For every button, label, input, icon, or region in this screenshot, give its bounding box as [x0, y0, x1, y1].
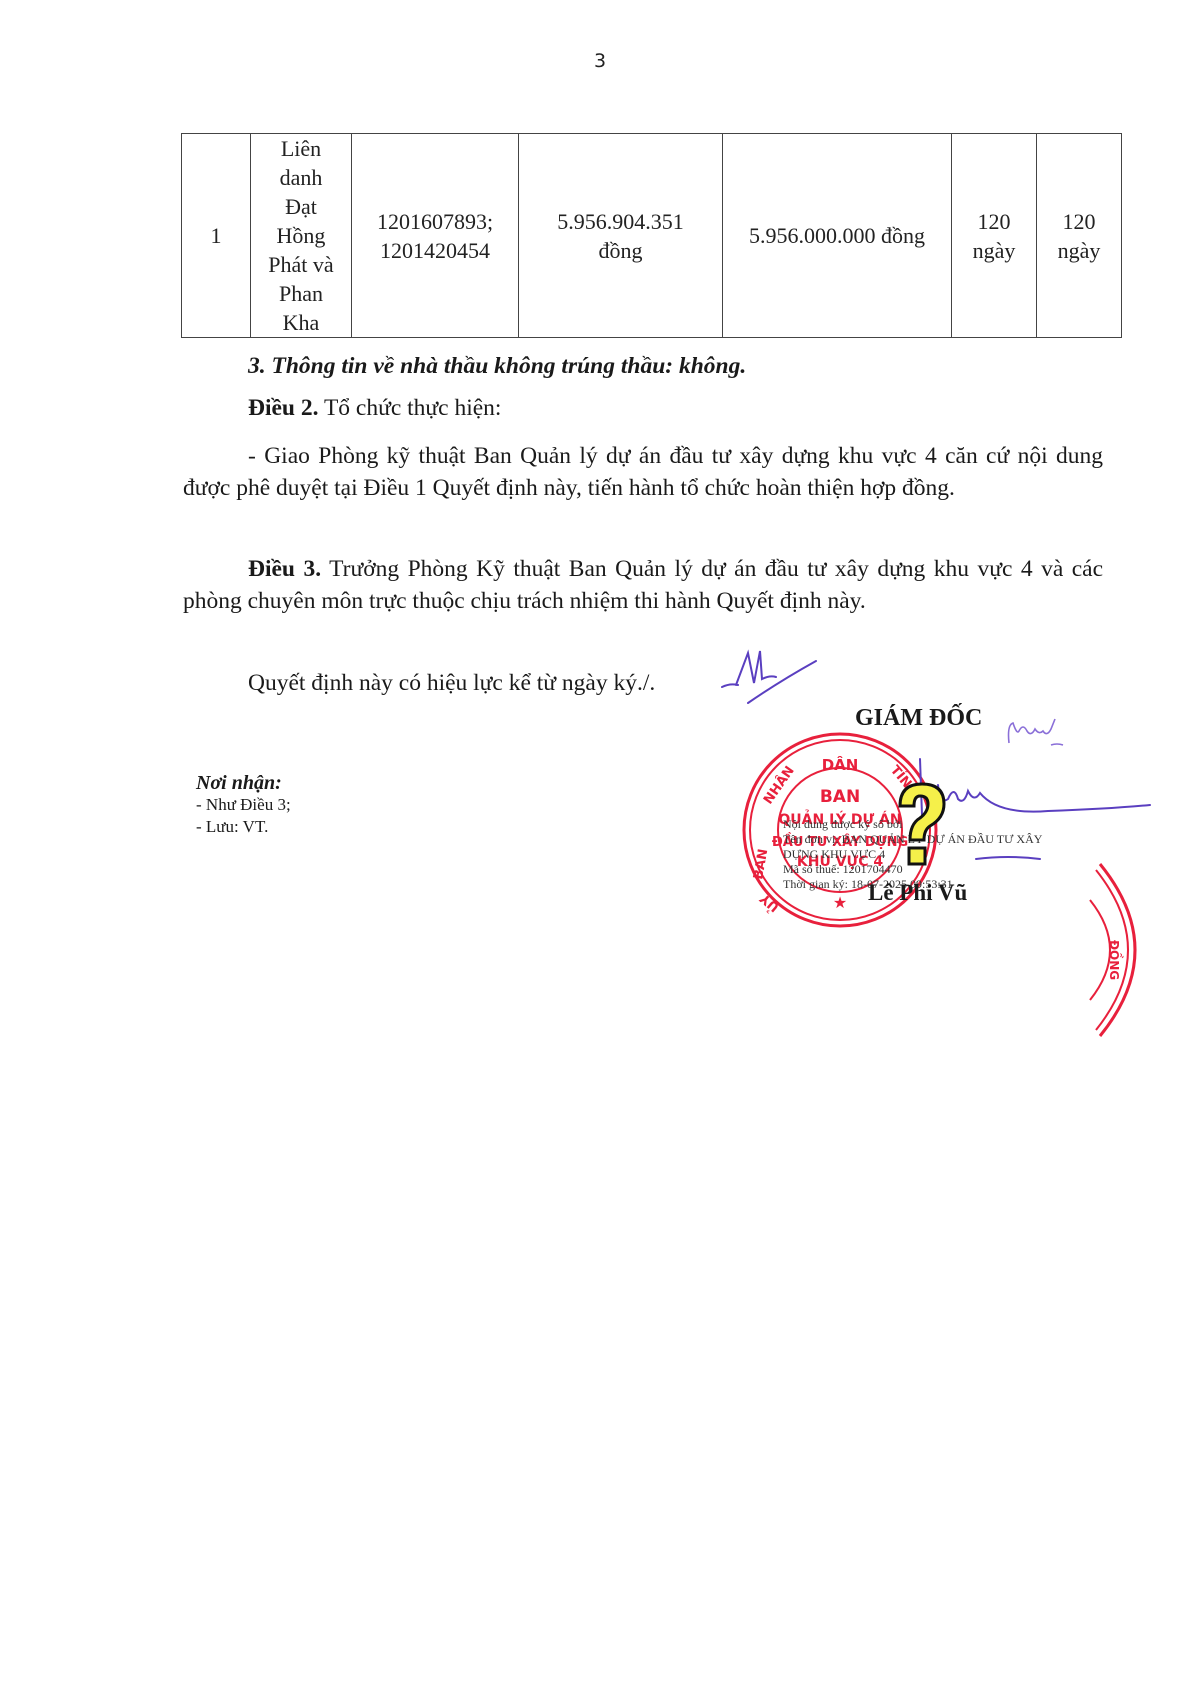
cell-duration-2: 120 ngày — [1037, 134, 1122, 338]
signer-position: GIÁM ĐỐC — [855, 705, 982, 732]
svg-text:ĐỒNG: ĐỒNG — [1107, 940, 1124, 980]
svg-text:DÂN: DÂN — [822, 755, 859, 774]
award-table: 1 Liên danh Đạt Hồng Phát và Phan Kha 12… — [181, 133, 1122, 338]
svg-text:BAN: BAN — [820, 787, 860, 807]
sig-line-4: Mã số thuế: 1201704470 — [783, 862, 903, 876]
initials-signature-icon — [720, 645, 820, 715]
page-number: 3 — [0, 50, 1200, 72]
sig-line-1: Nội dung được ký số bởi — [783, 817, 903, 831]
recipient-item: - Như Điều 3; — [196, 794, 291, 816]
recipient-item: - Lưu: VT. — [196, 816, 291, 838]
svg-text:★: ★ — [833, 893, 847, 912]
question-mark-icon[interactable] — [892, 780, 948, 876]
cell-bid-price: 5.956.904.351 đồng — [519, 134, 723, 338]
article3-label: Điều 3. — [248, 556, 321, 582]
cell-award-price: 5.956.000.000 đồng — [723, 134, 952, 338]
cell-contractor: Liên danh Đạt Hồng Phát và Phan Kha — [251, 134, 352, 338]
effective-text: Quyết định này có hiệu lực kể từ ngày ký… — [248, 667, 1168, 699]
table-row: 1 Liên danh Đạt Hồng Phát và Phan Kha 12… — [182, 134, 1122, 338]
recipients-block: Nơi nhận: - Như Điều 3; - Lưu: VT. — [196, 772, 291, 838]
svg-text:BAN: BAN — [751, 848, 771, 881]
cell-tax-codes: 1201607893; 1201420454 — [352, 134, 519, 338]
section3-heading: 3. Thông tin về nhà thầu không trúng thầ… — [248, 350, 1168, 382]
article2-label: Điều 2. — [248, 395, 319, 421]
article2-title: Tổ chức thực hiện: — [319, 395, 502, 421]
cell-index: 1 — [182, 134, 251, 338]
svg-text:ỦY: ỦY — [756, 890, 783, 916]
article3-paragraph: Điều 3. Trưởng Phòng Kỹ thuật Ban Quản l… — [183, 553, 1103, 617]
handwritten-note-icon — [1005, 715, 1075, 750]
sig-line-3: DỰNG KHU VỰC 4 — [783, 847, 885, 861]
article2-heading: Điều 2. Tổ chức thực hiện: — [248, 392, 1168, 424]
article3-text: Trưởng Phòng Kỹ thuật Ban Quản lý dự án … — [183, 556, 1103, 614]
partial-stamp-icon: ĐỒNG — [1080, 860, 1160, 1040]
article2-text: - Giao Phòng kỹ thuật Ban Quản lý dự án … — [183, 440, 1103, 504]
signer-name: Lê Phi Vũ — [868, 880, 967, 906]
cell-duration-1: 120 ngày — [952, 134, 1037, 338]
recipients-title: Nơi nhận: — [196, 772, 291, 794]
